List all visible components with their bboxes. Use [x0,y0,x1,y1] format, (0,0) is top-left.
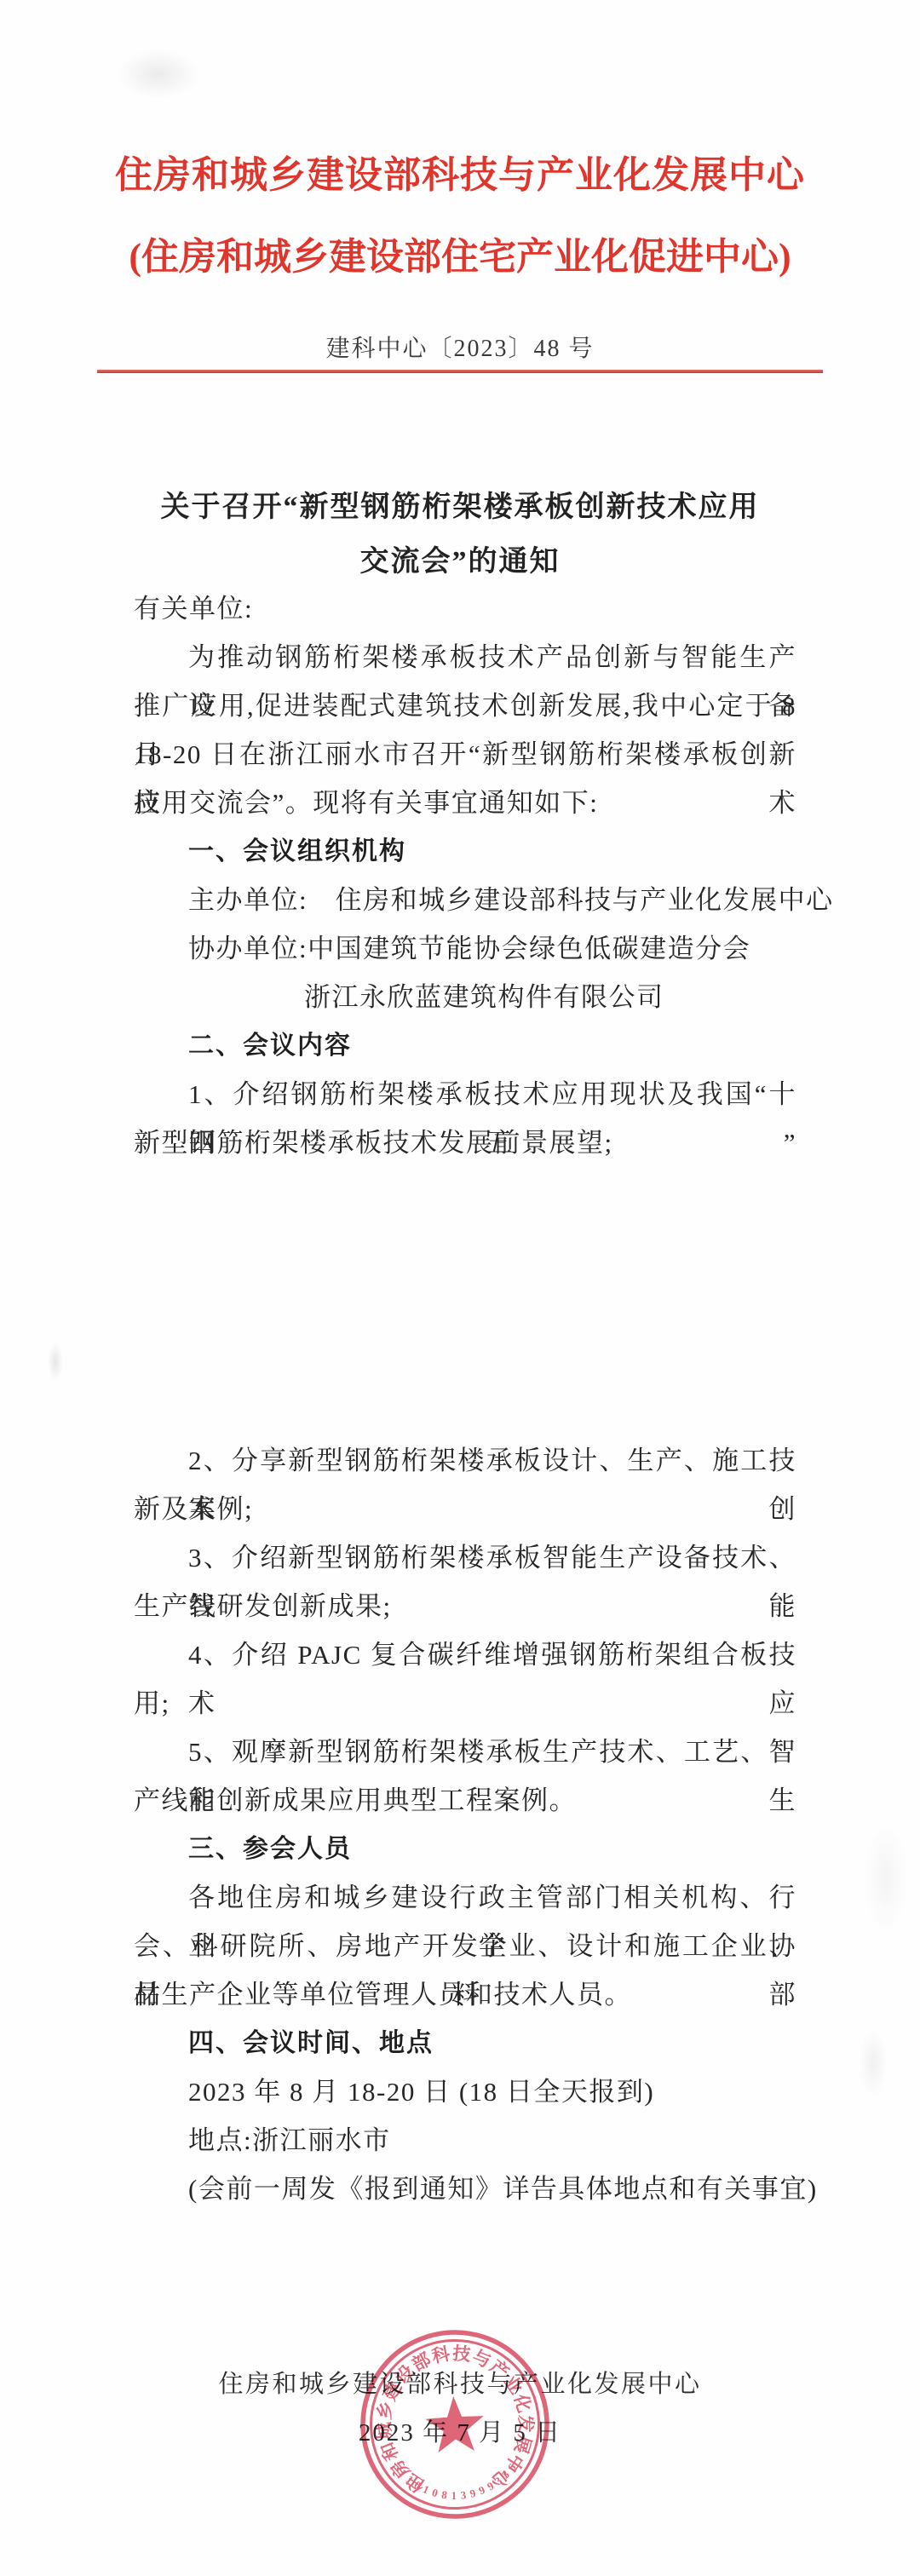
body-line: 推广应用,促进装配式建筑技术创新发展,我中心定于 8 月 [134,681,796,730]
body-line: 5、观摩新型钢筋桁架楼承板生产技术、工艺、智能生 [134,1728,796,1776]
body-line: 会、科研院所、房地产开发企业、设计和施工企业、材料部 [134,1922,796,1970]
seal-number-digit: 3 [460,2488,468,2502]
document-body: 有关单位:为推动钢筋桁架楼承板技术产品创新与智能生产设备推广应用,促进装配式建筑… [0,584,920,2213]
section-heading: 四、会议时间、地点 [134,2019,796,2067]
notice-title: 关于召开“新型钢筋桁架楼承板创新技术应用 交流会”的通知 [0,480,920,589]
body-line: 地点:浙江丽水市 [134,2116,796,2165]
seal-ring-text-char: 城 [373,2420,395,2441]
seal-ring-text-char: 科 [430,2343,452,2367]
doc-number: 建科中心〔2023〕48 号 [0,337,920,361]
body-line: 2023 年 8 月 18-20 日 (18 日全天报到) [134,2067,796,2116]
section-heading: 二、会议内容 [134,1021,796,1070]
body-line: (会前一周发《报到通知》详告具体地点和有关事宜) [134,2165,796,2213]
official-seal: 住房和城乡建设部科技与产业化发展中心11010813999336 [351,2320,559,2528]
body-line: 主办单位: 住房和城乡建设部科技与产业化发展中心 [134,876,796,924]
section-heading: 一、会议组织机构 [134,827,796,876]
seal-ring-text-char: 乡 [374,2400,398,2421]
seal-number-digit: 1 [451,2489,457,2502]
seal-number-digit: 0 [430,2486,439,2499]
body-line: 为推动钢筋桁架楼承板技术产品创新与智能生产设备 [134,633,796,681]
body-line: 1、介绍钢筋桁架楼承板技术应用现状及我国“十四五” [134,1070,796,1118]
body-line: 4、介绍 PAJC 复合碳纤维增强钢筋桁架组合板技术应 [134,1630,796,1679]
seal-star-icon [424,2395,486,2453]
seal-ring-text-char: 发 [515,2415,536,2433]
body-line: 2、分享新型钢筋桁架楼承板设计、生产、施工技术创 [134,1436,796,1485]
page-break-gap [134,1167,796,1436]
masthead-line-2: (住房和城乡建设部住宅产业化促进中心) [0,239,920,276]
seal-ring-text-char: 技 [451,2343,471,2365]
body-line: 3、介绍新型钢筋桁架楼承板智能生产设备技术、智能 [134,1533,796,1582]
document-masthead: 住房和城乡建设部科技与产业化发展中心 (住房和城乡建设部住宅产业化促进中心) [0,0,920,276]
body-line: 浙江永欣蓝建筑构件有限公司 [134,973,796,1021]
masthead-line-1: 住房和城乡建设部科技与产业化发展中心 [0,157,920,194]
body-line: 协办单位:中国建筑节能协会绿色低碳建造分会 [134,924,796,973]
notice-title-line-2: 交流会”的通知 [0,535,920,589]
red-separator-rule [97,370,823,373]
notice-document-page: 住房和城乡建设部科技与产业化发展中心 (住房和城乡建设部住宅产业化促进中心) 建… [0,0,920,2576]
body-line: 有关单位: [134,584,796,633]
section-heading: 三、参会人员 [134,1825,796,1873]
body-line: 各地住房和城乡建设行政主管部门相关机构、行业学协 [134,1873,796,1922]
seal-number-digit: 9 [469,2487,478,2500]
seal-number-digit: 9 [477,2483,487,2498]
body-line: 18-20 日在浙江丽水市召开“新型钢筋桁架楼承板创新技术 [134,730,796,779]
notice-title-line-1: 关于召开“新型钢筋桁架楼承板创新技术应用 [0,480,920,535]
seal-number-digit: 8 [440,2488,448,2502]
